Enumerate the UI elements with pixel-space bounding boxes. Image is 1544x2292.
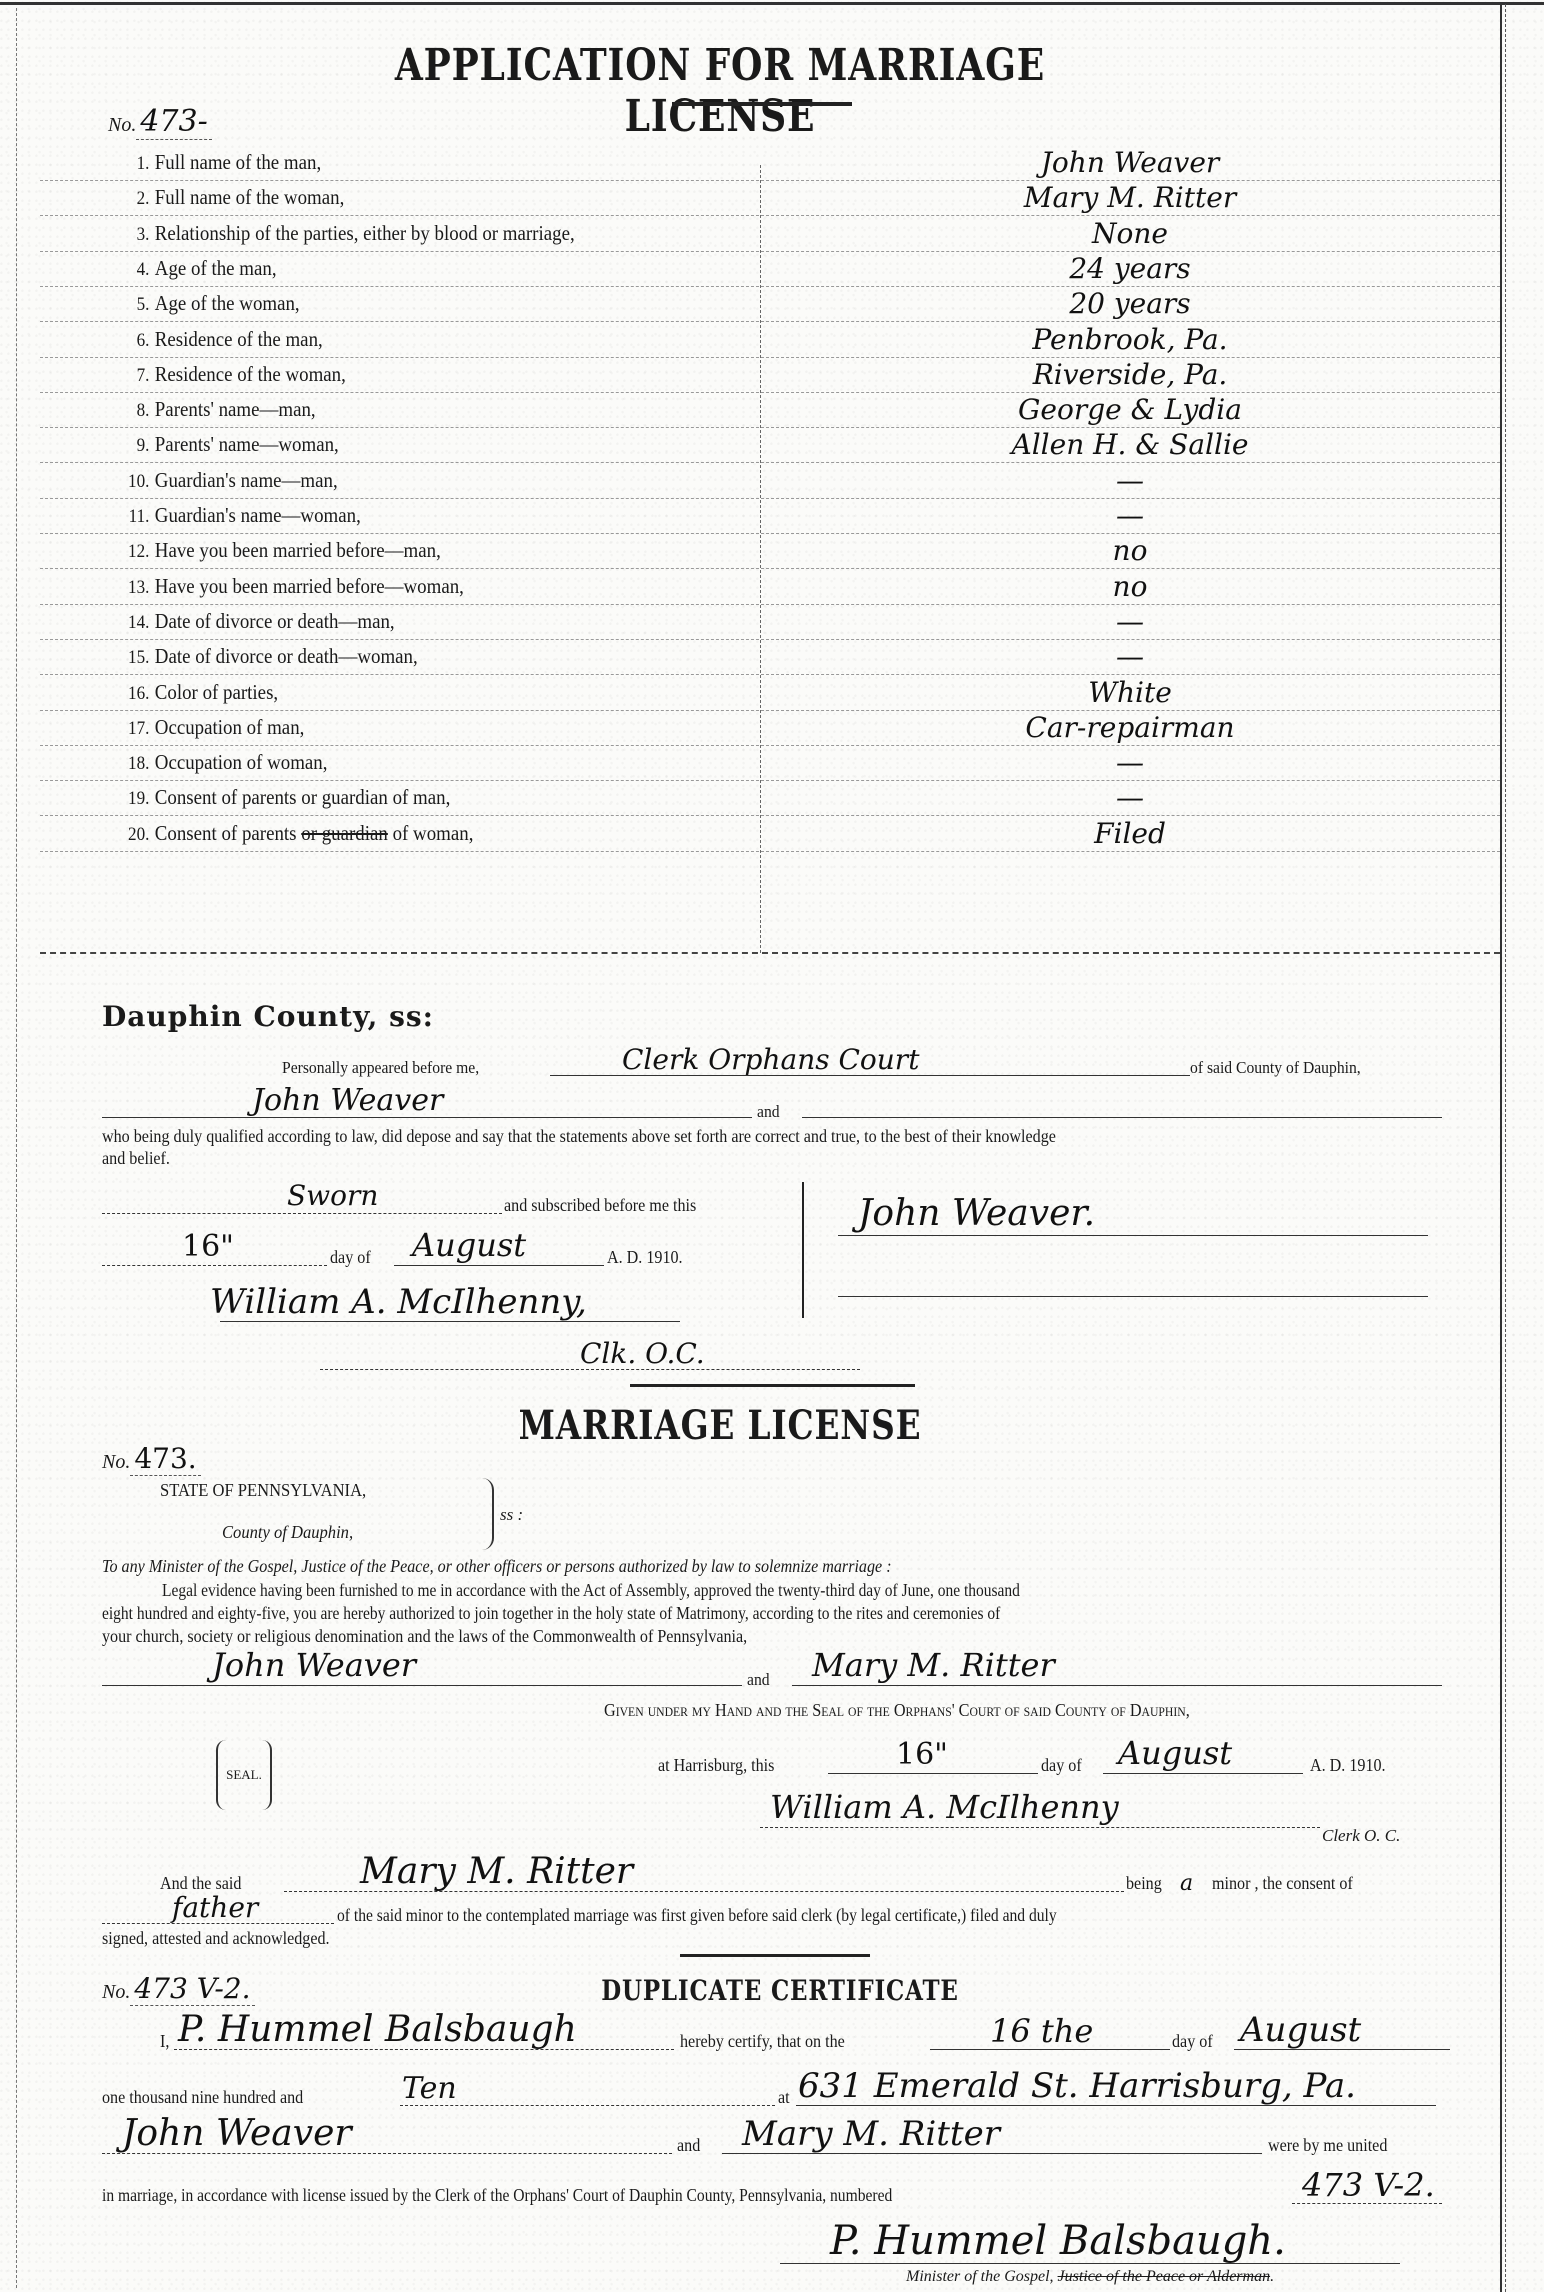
- question-answer-handwritten: George & Lydia: [760, 393, 1500, 426]
- question-number: 3.: [108, 224, 149, 246]
- question-text: Date of divorce or death—man,: [155, 609, 395, 633]
- question-label: 11.Guardian's name—woman,: [108, 503, 361, 528]
- question-label: 16.Color of parties,: [108, 680, 278, 705]
- minister-title: Minister of the Gospel, Justice of the P…: [906, 2268, 1274, 2286]
- question-number: 14.: [108, 612, 149, 634]
- question-label: 12.Have you been married before—man,: [108, 538, 441, 563]
- question-label: 20.Consent of parents or guardian of wom…: [108, 821, 473, 846]
- dup-parties-line: John Weaver and Mary M. Ritter were by m…: [102, 2114, 1452, 2160]
- question-row: 6.Residence of the man,Penbrook, Pa.: [40, 323, 1500, 358]
- question-answer-handwritten: —: [760, 640, 1500, 673]
- of-said-county-label: of said County of Dauphin,: [1190, 1058, 1361, 1078]
- dup-and-label: and: [677, 2135, 700, 2156]
- duplicate-title: DUPLICATE CERTIFICATE: [567, 1974, 993, 2007]
- address-line: To any Minister of the Gospel, Justice o…: [102, 1556, 892, 1577]
- consent-text: of the said minor to the contemplated ma…: [337, 1905, 1057, 1926]
- duplicate-number-label: No.: [102, 1981, 130, 2003]
- question-answer-handwritten: Riverside, Pa.: [760, 358, 1500, 391]
- second-applicant-fill-line: [802, 1117, 1442, 1118]
- question-label: 19.Consent of parents or guardian of man…: [108, 785, 450, 810]
- duplicate-rule: [680, 1954, 870, 1957]
- question-label: 2.Full name of the woman,: [108, 185, 344, 210]
- question-text-pre: Consent of parents: [155, 821, 301, 845]
- year-handwritten: Ten: [402, 2071, 457, 2106]
- document-page: APPLICATION FOR MARRIAGE LICENSE No.473-…: [0, 0, 1544, 2292]
- question-number: 19.: [108, 788, 149, 810]
- at-harrisburg-label: at Harrisburg, this: [658, 1755, 774, 1776]
- signature-divider: [802, 1182, 804, 1318]
- affidavit-clerk-signature: William A. McIlhenny,: [210, 1282, 587, 1322]
- license-rule: [630, 1384, 915, 1387]
- minister-name-handwritten: P. Hummel Balsbaugh: [178, 2009, 577, 2050]
- question-label: 10.Guardian's name—man,: [108, 468, 338, 493]
- question-row: 7.Residence of the woman,Riverside, Pa.: [40, 358, 1500, 393]
- dup-month-handwritten: August: [1240, 2010, 1361, 2050]
- question-answer-handwritten: John Weaver: [760, 146, 1500, 179]
- license-number: No.473.: [102, 1442, 201, 1475]
- state-label: STATE OF PENNSYLVANIA,: [160, 1480, 366, 1501]
- seal-mark: SEAL.: [216, 1740, 272, 1810]
- dup-day-of-label: day of: [1172, 2031, 1213, 2052]
- minor-name-handwritten: Mary M. Ritter: [360, 1851, 633, 1892]
- minor-line: And the said Mary M. Ritter being a mino…: [160, 1858, 1450, 1898]
- question-number: 9.: [108, 435, 149, 457]
- year-place-line: one thousand nine hundred and Ten at 631…: [102, 2066, 1522, 2112]
- question-label: 7.Residence of the woman,: [108, 362, 346, 387]
- year-text: one thousand nine hundred and: [102, 2087, 303, 2108]
- question-row: 10.Guardian's name—man,—: [40, 464, 1500, 499]
- question-number: 7.: [108, 365, 149, 387]
- question-text: Occupation of man,: [155, 715, 305, 739]
- clerk-title-handwritten: Clk. O.C.: [580, 1337, 705, 1370]
- minister-signature-line: P. Hummel Balsbaugh.: [780, 2218, 1480, 2268]
- county-label: County of Dauphin,: [222, 1522, 353, 1543]
- question-number: 4.: [108, 259, 149, 281]
- question-number: 20.: [108, 824, 149, 846]
- page-border-top: [0, 2, 1544, 5]
- question-text: Age of the man,: [155, 256, 277, 280]
- question-answer-handwritten: 24 years: [760, 252, 1500, 285]
- question-text-strike: or guardian: [301, 821, 388, 845]
- number-label: No.: [108, 114, 136, 136]
- question-answer-handwritten: no: [760, 570, 1500, 603]
- section-divider: [40, 952, 1500, 954]
- question-label: 9.Parents' name—woman,: [108, 432, 339, 457]
- minor-text: minor , the consent of: [1212, 1873, 1353, 1894]
- marriage-text: in marriage, in accordance with license …: [102, 2185, 892, 2206]
- sworn-month-fill-line: [394, 1265, 604, 1266]
- being-label: being: [1126, 1873, 1162, 1894]
- question-text: Consent of parents or guardian of man,: [155, 785, 451, 809]
- license-paragraph-2: eight hundred and eighty-five, you are h…: [102, 1603, 1000, 1624]
- question-text: Have you been married before—man,: [155, 538, 441, 562]
- question-number: 13.: [108, 577, 149, 599]
- applicant-signature-underline: [838, 1235, 1428, 1236]
- question-text: Have you been married before—woman,: [155, 574, 464, 598]
- question-answer-handwritten: Filed: [760, 817, 1500, 850]
- question-text: Relationship of the parties, either by b…: [155, 221, 575, 245]
- dup-bride-handwritten: Mary M. Ritter: [742, 2114, 1000, 2154]
- application-number: No.473-: [108, 104, 212, 139]
- question-label: 6.Residence of the man,: [108, 327, 323, 352]
- question-number: 5.: [108, 294, 149, 316]
- question-row: 20.Consent of parents or guardian of wom…: [40, 817, 1500, 852]
- sworn-handwritten: Sworn: [287, 1179, 378, 1212]
- question-label: 18.Occupation of woman,: [108, 750, 327, 775]
- license-number-label: No.: [102, 1451, 130, 1473]
- question-row: 4.Age of the man,24 years: [40, 252, 1500, 287]
- question-text: Guardian's name—woman,: [155, 503, 361, 527]
- question-row: 14.Date of divorce or death—man,—: [40, 605, 1500, 640]
- ad-year-label: A. D. 1910.: [607, 1247, 683, 1268]
- question-row: 12.Have you been married before—man,no: [40, 534, 1500, 569]
- minister-title-post: .: [1270, 2268, 1274, 2285]
- question-text-post: of woman,: [388, 821, 474, 845]
- question-number: 11.: [108, 506, 149, 528]
- question-text: Full name of the man,: [155, 150, 321, 174]
- license-bride-handwritten: Mary M. Ritter: [812, 1646, 1055, 1684]
- question-number: 2.: [108, 188, 149, 210]
- day-of-label: day of: [330, 1247, 371, 1268]
- signed-attested-text: signed, attested and acknowledged.: [102, 1928, 330, 1949]
- question-text: Residence of the woman,: [155, 362, 346, 386]
- officer-handwritten: Clerk Orphans Court: [622, 1043, 919, 1076]
- question-number: 8.: [108, 400, 149, 422]
- at-label: at: [778, 2087, 790, 2108]
- subscribed-label: and subscribed before me this: [504, 1195, 696, 1216]
- question-answer-handwritten: Penbrook, Pa.: [760, 323, 1500, 356]
- question-answer-handwritten: Mary M. Ritter: [760, 181, 1500, 214]
- license-number-value: 473.: [130, 1442, 200, 1476]
- license-title: MARRIAGE LICENSE: [474, 1402, 966, 1449]
- second-signature-line: [838, 1296, 1428, 1297]
- sworn-line: Sworn and subscribed before me this: [102, 1182, 782, 1220]
- question-text: Residence of the man,: [155, 327, 323, 351]
- and-belief: and belief.: [102, 1148, 170, 1169]
- question-row: 5.Age of the woman,20 years: [40, 287, 1500, 322]
- sworn-fill-line: [102, 1213, 502, 1214]
- question-number: 16.: [108, 683, 149, 705]
- license-date-line: at Harrisburg, this 16" day of August A.…: [658, 1740, 1448, 1780]
- license-clerk-signature: William A. McIlhenny: [770, 1788, 1119, 1826]
- question-label: 3.Relationship of the parties, either by…: [108, 221, 575, 246]
- question-rule: [40, 851, 1500, 852]
- license-day-fill-line: [828, 1773, 1038, 1774]
- license-paragraph-3: your church, society or religious denomi…: [102, 1626, 747, 1647]
- question-row: 15.Date of divorce or death—woman,—: [40, 640, 1500, 675]
- question-row: 16.Color of parties,White: [40, 676, 1500, 711]
- place-handwritten: 631 Emerald St. Harrisburg, Pa.: [798, 2066, 1356, 2106]
- certify-line: I, P. Hummel Balsbaugh hereby certify, t…: [160, 2012, 1450, 2056]
- question-text: Parents' name—woman,: [155, 432, 339, 456]
- qualified-statement: who being duly qualified according to la…: [102, 1126, 1056, 1147]
- question-answer-handwritten: —: [760, 781, 1500, 814]
- question-number: 1.: [108, 153, 149, 175]
- license-and-label: and: [747, 1670, 770, 1690]
- sworn-day-handwritten: 16": [182, 1229, 234, 1264]
- question-answer-handwritten: —: [760, 499, 1500, 532]
- license-clerk-signature-line: William A. McIlhenny: [760, 1786, 1320, 1830]
- question-number: 12.: [108, 541, 149, 563]
- a-handwritten: a: [1180, 1871, 1193, 1896]
- groom-fill-line: [102, 1685, 742, 1686]
- question-number: 17.: [108, 718, 149, 740]
- minister-title-pre: Minister of the Gospel,: [906, 2268, 1058, 2285]
- personally-appeared-label: Personally appeared before me,: [282, 1058, 479, 1078]
- question-text: Occupation of woman,: [155, 750, 328, 774]
- sworn-month-handwritten: August: [412, 1226, 526, 1264]
- question-answer-handwritten: 20 years: [760, 287, 1500, 320]
- united-label: were by me united: [1268, 2135, 1387, 2156]
- numbered-line: in marriage, in accordance with license …: [102, 2166, 1522, 2210]
- question-text: Guardian's name—man,: [155, 468, 338, 492]
- and-label: and: [757, 1102, 780, 1122]
- question-answer-handwritten: —: [760, 605, 1500, 638]
- question-row: 8.Parents' name—man,George & Lydia: [40, 393, 1500, 428]
- i-label: I,: [160, 2031, 169, 2052]
- question-text: Full name of the woman,: [155, 185, 344, 209]
- clerk-oc-label: Clerk O. C.: [1322, 1826, 1400, 1846]
- question-label: 4.Age of the man,: [108, 256, 277, 281]
- county-heading: Dauphin County, ss:: [102, 1000, 434, 1033]
- minister-signature: P. Hummel Balsbaugh.: [830, 2218, 1286, 2264]
- affidavit-clerk-signature-line: William A. McIlhenny,: [210, 1282, 710, 1328]
- question-label: 5.Age of the woman,: [108, 291, 300, 316]
- question-number: 18.: [108, 753, 149, 775]
- question-row: 11.Guardian's name—woman,—: [40, 499, 1500, 534]
- personally-appeared-line: Personally appeared before me, Clerk Orp…: [282, 1048, 1432, 1082]
- question-row: 2.Full name of the woman,Mary M. Ritter: [40, 181, 1500, 216]
- page-border-left: [16, 8, 17, 2288]
- sworn-day-fill-line: [102, 1265, 327, 1266]
- consent-by-handwritten: father: [172, 1891, 258, 1924]
- dup-day-handwritten: 16 the: [990, 2012, 1093, 2050]
- question-text: Color of parties,: [155, 680, 278, 704]
- question-row: 17.Occupation of man,Car-repairman: [40, 711, 1500, 746]
- question-text: Age of the woman,: [155, 291, 300, 315]
- consent-line: father of the said minor to the contempl…: [102, 1894, 1452, 1930]
- question-number: 6.: [108, 330, 149, 352]
- question-row: 13.Have you been married before—woman,no: [40, 570, 1500, 605]
- question-answer-handwritten: None: [760, 217, 1500, 250]
- question-text: Parents' name—man,: [155, 397, 316, 421]
- clerk-title-line: Clk. O.C.: [320, 1338, 860, 1374]
- application-title: APPLICATION FOR MARRIAGE LICENSE: [294, 40, 1147, 142]
- question-row: 18.Occupation of woman,—: [40, 746, 1500, 781]
- question-answer-handwritten: —: [760, 464, 1500, 497]
- question-row: 1.Full name of the man,John Weaver: [40, 146, 1500, 181]
- minister-title-struck: Justice of the Peace or Alderman: [1058, 2268, 1271, 2285]
- ss-brace: [482, 1478, 494, 1550]
- question-answer-handwritten: no: [760, 534, 1500, 567]
- applicant-handwritten: John Weaver: [252, 1083, 443, 1118]
- license-day-handwritten: 16": [896, 1737, 948, 1772]
- question-row: 9.Parents' name—woman,Allen H. & Sallie: [40, 428, 1500, 463]
- question-number: 15.: [108, 647, 149, 669]
- question-row: 19.Consent of parents or guardian of man…: [40, 781, 1500, 816]
- question-answer-handwritten: —: [760, 746, 1500, 779]
- seal-label: SEAL.: [226, 1767, 262, 1783]
- question-row: 3.Relationship of the parties, either by…: [40, 217, 1500, 252]
- question-label: 17.Occupation of man,: [108, 715, 304, 740]
- bride-fill-line: [792, 1685, 1442, 1686]
- question-number: 10.: [108, 471, 149, 493]
- question-label: 8.Parents' name—man,: [108, 397, 316, 422]
- license-groom-handwritten: John Weaver: [212, 1646, 416, 1684]
- duplicate-number: No.473 V-2.: [102, 1972, 255, 2005]
- question-answer-handwritten: White: [760, 676, 1500, 709]
- license-clerk-underline: [760, 1827, 1320, 1828]
- dup-license-number-handwritten: 473 V-2.: [1302, 2166, 1435, 2204]
- license-month-handwritten: August: [1118, 1734, 1232, 1772]
- question-label: 15.Date of divorce or death—woman,: [108, 644, 418, 669]
- license-day-of-label: day of: [1041, 1755, 1082, 1776]
- question-label: 1.Full name of the man,: [108, 150, 321, 175]
- sworn-date-line: 16" day of August A. D. 1910.: [102, 1234, 782, 1274]
- title-rule: [672, 102, 852, 106]
- duplicate-number-value: 473 V-2.: [130, 1972, 254, 2006]
- given-under-text: Given under my Hand and the Seal of the …: [604, 1700, 1190, 1721]
- page-border-right: [1500, 4, 1506, 2292]
- question-label: 13.Have you been married before—woman,: [108, 574, 464, 599]
- license-ad-year-label: A. D. 1910.: [1310, 1755, 1386, 1776]
- question-text: Date of divorce or death—woman,: [155, 644, 418, 668]
- applicant-signature: John Weaver.: [858, 1193, 1095, 1234]
- question-label: 14.Date of divorce or death—man,: [108, 609, 395, 634]
- question-answer-handwritten: Car-repairman: [760, 711, 1500, 744]
- hereby-certify-label: hereby certify, that on the: [680, 2031, 845, 2052]
- dup-groom-handwritten: John Weaver: [122, 2113, 352, 2154]
- license-parties-line: John Weaver and Mary M. Ritter: [102, 1650, 1442, 1690]
- question-answer-handwritten: Allen H. & Sallie: [760, 428, 1500, 461]
- ss-label: ss :: [500, 1505, 523, 1525]
- application-number-value: 473-: [136, 104, 211, 140]
- applicant-signature-line: John Weaver.: [838, 1192, 1428, 1236]
- applicant-line: John Weaver and: [102, 1088, 1442, 1124]
- license-month-fill-line: [1103, 1773, 1303, 1774]
- license-paragraph-1: Legal evidence having been furnished to …: [162, 1580, 1020, 1601]
